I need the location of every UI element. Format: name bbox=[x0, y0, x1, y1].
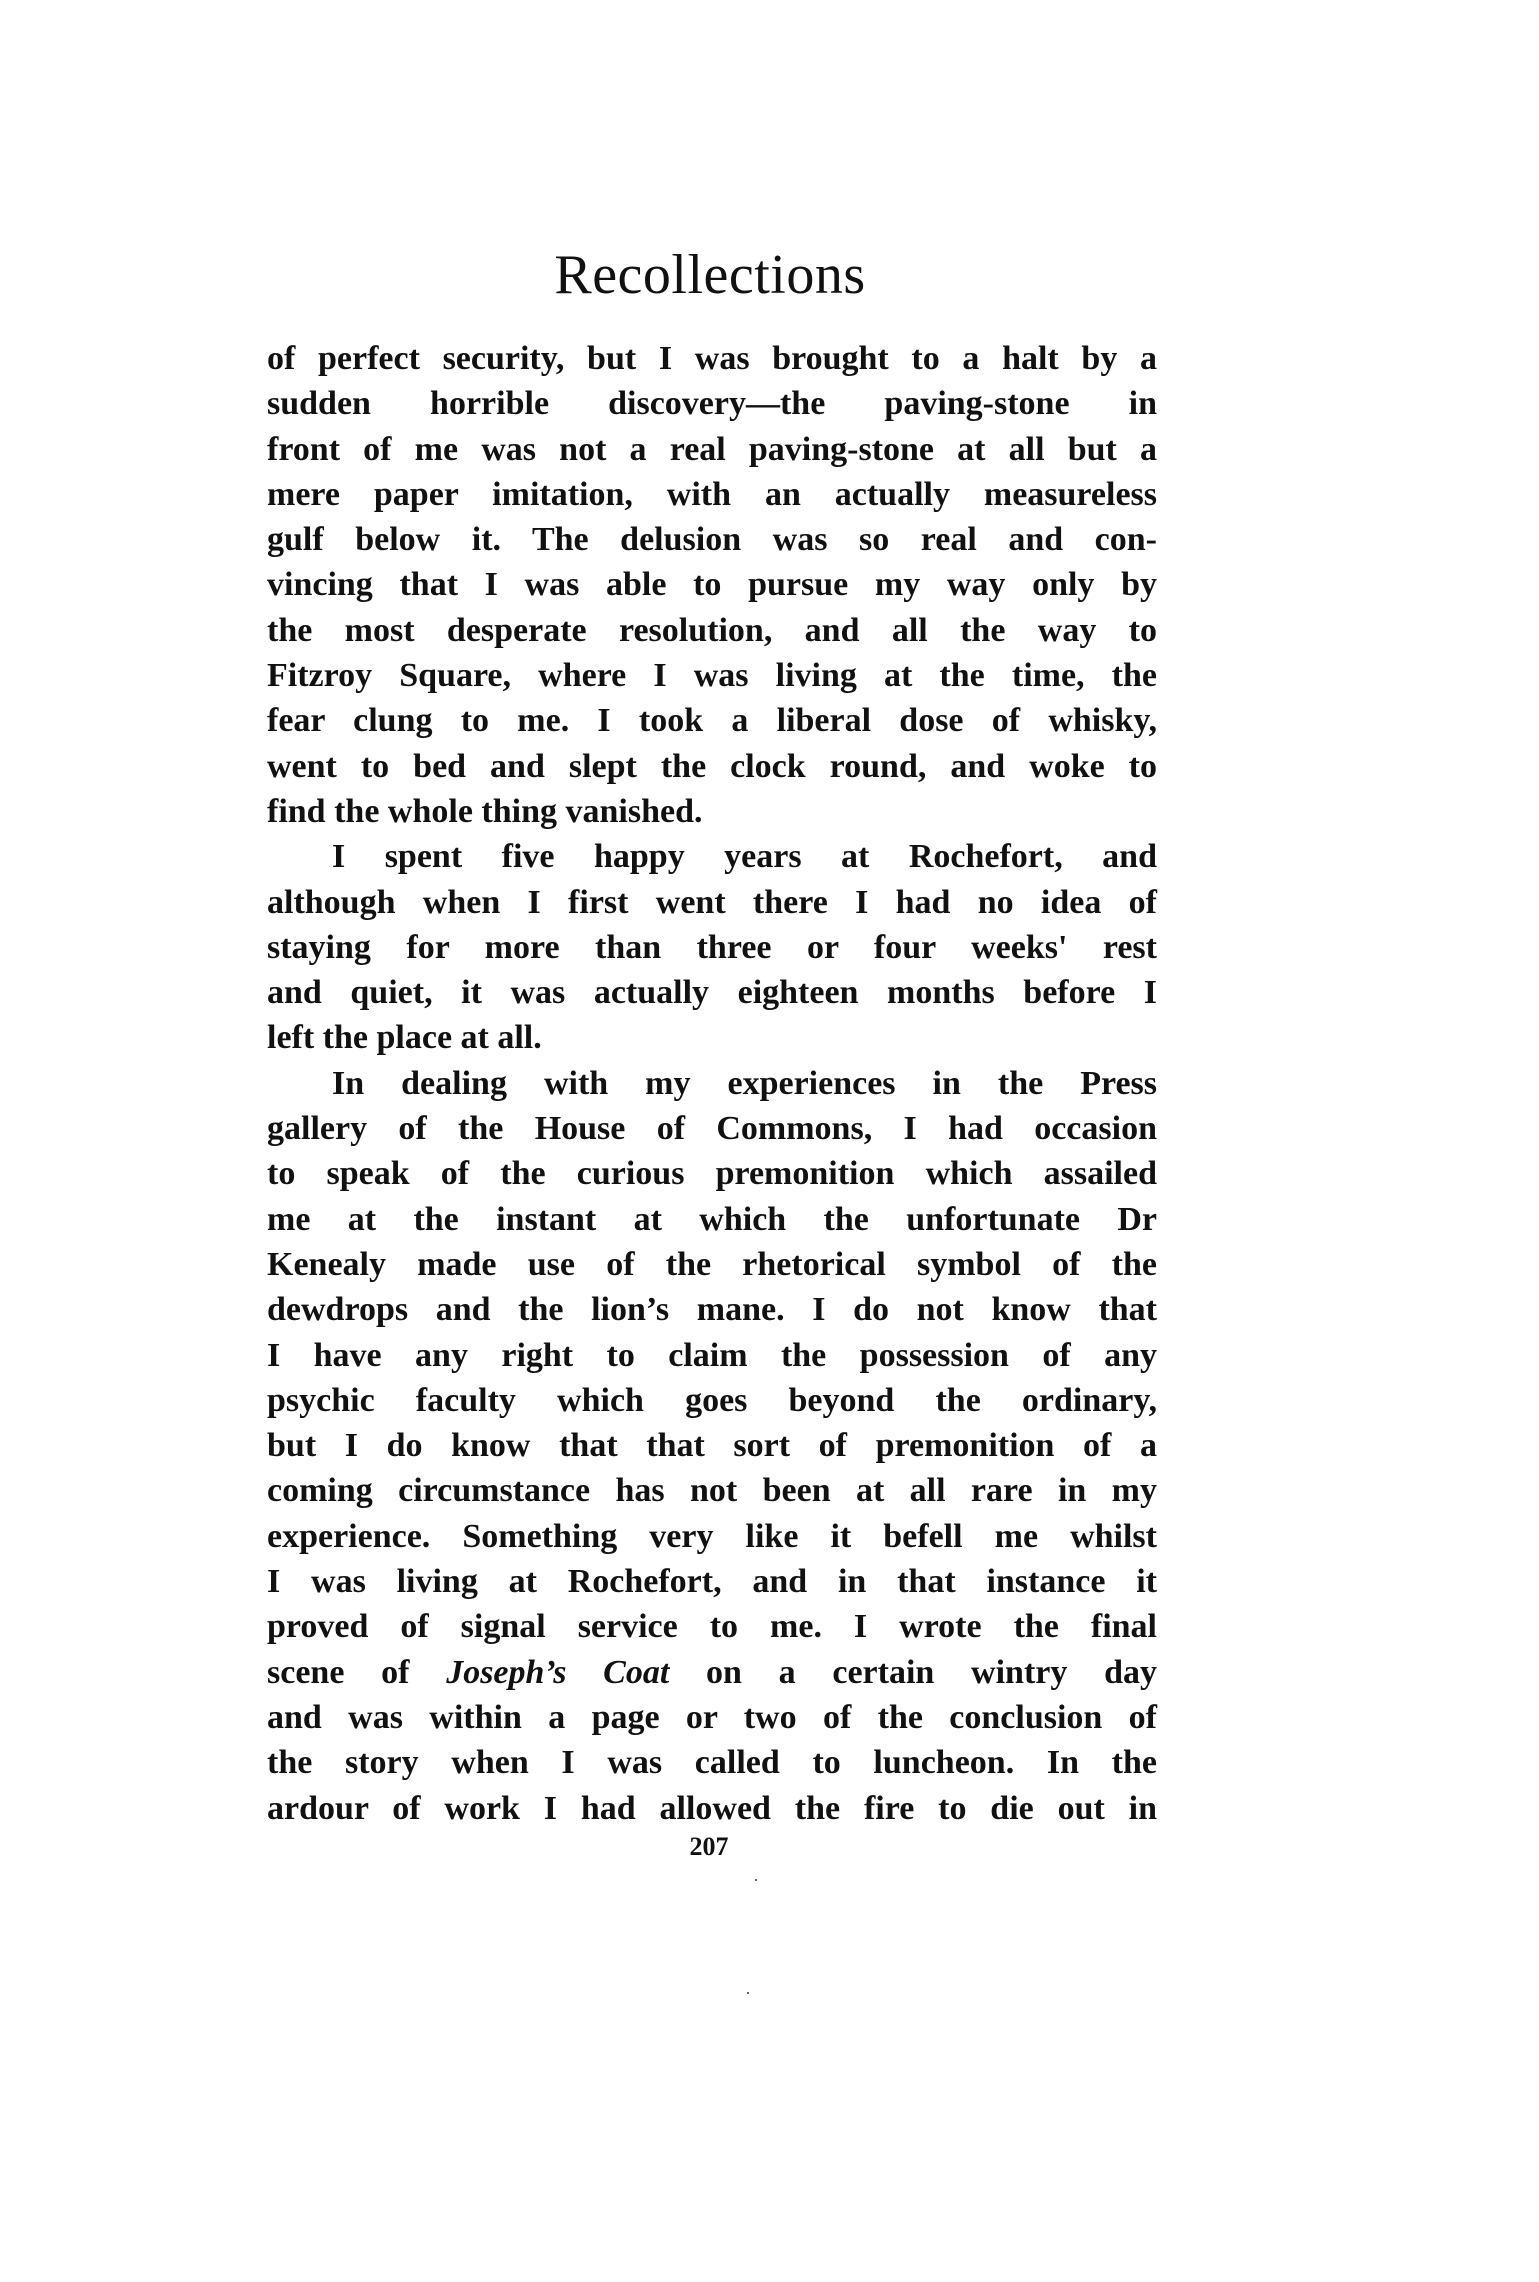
text-line: dewdrops and the lion’s mane. I do not k… bbox=[267, 1287, 1157, 1332]
text-line: gallery of the House of Commons, I had o… bbox=[267, 1106, 1157, 1151]
paragraph-start-line: In dealing with my experiences in the Pr… bbox=[267, 1061, 1157, 1106]
running-head-title: Recollections bbox=[410, 243, 1010, 307]
book-title-italic: Joseph’s Coat bbox=[446, 1654, 669, 1691]
text-line: I have any right to claim the possession… bbox=[267, 1333, 1157, 1378]
text-line: Fitzroy Square, where I was living at th… bbox=[267, 653, 1157, 698]
text-line: to speak of the curious premonition whic… bbox=[267, 1151, 1157, 1196]
text-before-title: scene of bbox=[267, 1654, 446, 1691]
text-line: mere paper imitation, with an actually m… bbox=[267, 472, 1157, 517]
text-line: coming circumstance has not been at all … bbox=[267, 1468, 1157, 1513]
text-line: the story when I was called to luncheon.… bbox=[267, 1740, 1157, 1785]
text-line-with-title: scene of Joseph’s Coat on a certain wint… bbox=[267, 1650, 1157, 1695]
paragraph-start-line: I spent five happy years at Rochefort, a… bbox=[267, 834, 1157, 879]
text-line: but I do know that that sort of premonit… bbox=[267, 1423, 1157, 1468]
text-line: I was living at Rochefort, and in that i… bbox=[267, 1559, 1157, 1604]
text-line: went to bed and slept the clock round, a… bbox=[267, 744, 1157, 789]
text-line: Kenealy made use of the rhetorical symbo… bbox=[267, 1242, 1157, 1287]
text-line: ardour of work I had allowed the fire to… bbox=[267, 1786, 1157, 1831]
text-line: staying for more than three or four week… bbox=[267, 925, 1157, 970]
page-number: 207 bbox=[659, 1832, 759, 1862]
text-line: the most desperate resolution, and all t… bbox=[267, 608, 1157, 653]
text-line: experience. Something very like it befel… bbox=[267, 1514, 1157, 1559]
text-line: fear clung to me. I took a liberal dose … bbox=[267, 698, 1157, 743]
scan-speck bbox=[755, 1879, 757, 1881]
book-page: Recollections of perfect security, but I… bbox=[0, 0, 1539, 2282]
paragraph-end-line: find the whole thing vanished. bbox=[267, 789, 1157, 834]
text-line: psychic faculty which goes beyond the or… bbox=[267, 1378, 1157, 1423]
text-line: although when I first went there I had n… bbox=[267, 880, 1157, 925]
text-line: gulf below it. The delusion was so real … bbox=[267, 517, 1157, 562]
text-line: and quiet, it was actually eighteen mont… bbox=[267, 970, 1157, 1015]
scan-speck bbox=[747, 1992, 749, 1994]
text-line: sudden horrible discovery—the paving-sto… bbox=[267, 381, 1157, 426]
paragraph-end-line: left the place at all. bbox=[267, 1015, 1157, 1060]
text-line: and was within a page or two of the conc… bbox=[267, 1695, 1157, 1740]
text-after-title: on a certain wintry day bbox=[669, 1654, 1157, 1691]
text-line: vincing that I was able to pursue my way… bbox=[267, 562, 1157, 607]
text-line: proved of signal service to me. I wrote … bbox=[267, 1604, 1157, 1649]
text-line: of perfect security, but I was brought t… bbox=[267, 336, 1157, 381]
text-line: front of me was not a real paving-stone … bbox=[267, 427, 1157, 472]
text-line: me at the instant at which the unfortuna… bbox=[267, 1197, 1157, 1242]
body-text: of perfect security, but I was brought t… bbox=[267, 336, 1157, 1831]
